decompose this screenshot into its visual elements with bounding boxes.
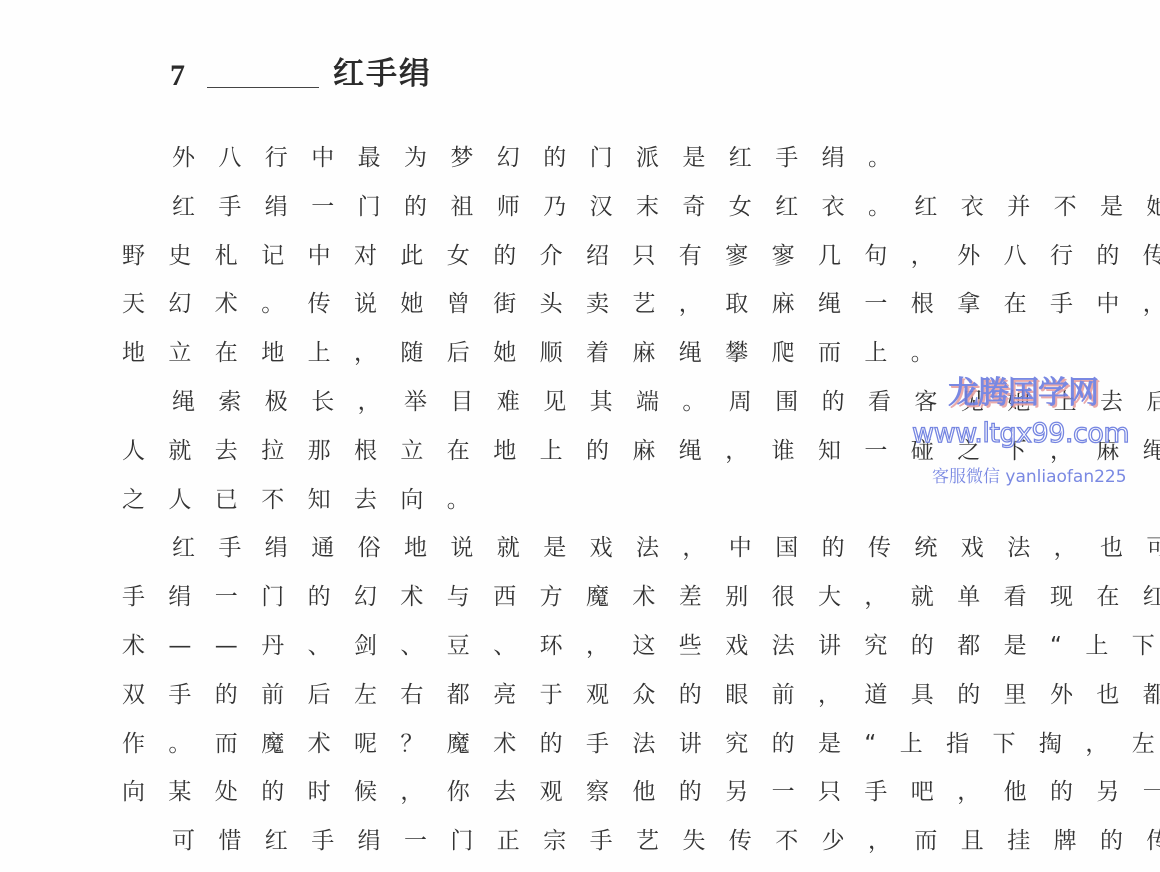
text-line: 地立在地上，随后她顺着麻绳攀爬而上。 <box>122 329 1066 378</box>
text-line: 人就去拉那根立在地上的麻绳，谁知一碰之下，麻绳竟然瘫软下来，而爬到绳顶 <box>122 427 1066 476</box>
document-page: 7 红手绢 外八行中最为梦幻的门派是红手绢。 红手绢一门的祖师乃汉末奇女红衣。红… <box>0 0 1160 872</box>
chapter-number: 7 <box>170 58 185 94</box>
text-line: 红手绢通俗地说就是戏法，中国的传统戏法，也可以叫障眼法或者幻术。红 <box>122 524 1066 573</box>
body-text: 外八行中最为梦幻的门派是红手绢。 红手绢一门的祖师乃汉末奇女红衣。红衣并不是她的… <box>122 134 1066 866</box>
chapter-title: 红手绢 <box>333 54 432 94</box>
text-line: 红手绢一门的祖师乃汉末奇女红衣。红衣并不是她的名字，而是她的外号。 <box>122 183 1066 232</box>
text-line: 向某处的时候，你去观察他的另一只手吧，他的另一只手一定在掏某些埋伏。 <box>122 768 1066 817</box>
text-line: 手绢一门的幻术与西方魔术差别很大，就单看现在红手绢一门流传于世的低级幻 <box>122 573 1066 622</box>
text-line: 可惜红手绢一门正宗手艺失传不少，而且挂牌的传人也都低调异常。 <box>122 817 1066 866</box>
text-line: 外八行中最为梦幻的门派是红手绢。 <box>122 134 1066 183</box>
text-line: 双手的前后左右都亮于观众的眼前，道具的里外也都让人看个清楚，然后再进行造 <box>122 671 1066 720</box>
chapter-title-rule <box>207 87 319 88</box>
text-line: 绳索极长，举目难见其端。周围的看客见她上去后好久都不下来，有大胆之 <box>122 378 1066 427</box>
text-line: 作。而魔术呢？魔术的手法讲究的是“上指下掏，左亮右操”。当魔术师一只手指 <box>122 720 1066 769</box>
text-line: 术——丹、剑、豆、环，这些戏法讲究的都是“上下翻亮，经外交代”。就是把 <box>122 622 1066 671</box>
chapter-heading: 7 红手绢 <box>170 44 432 94</box>
text-line: 天幻术。传说她曾街头卖艺，取麻绳一根拿在手中，抖手之间麻绳就如竹竿笔直 <box>122 280 1066 329</box>
text-line: 野史札记中对此女的介绍只有寥寥几句，外八行的传说中倒是多流传有此女的通 <box>122 232 1066 281</box>
text-line: 之人已不知去向。 <box>122 476 1066 525</box>
